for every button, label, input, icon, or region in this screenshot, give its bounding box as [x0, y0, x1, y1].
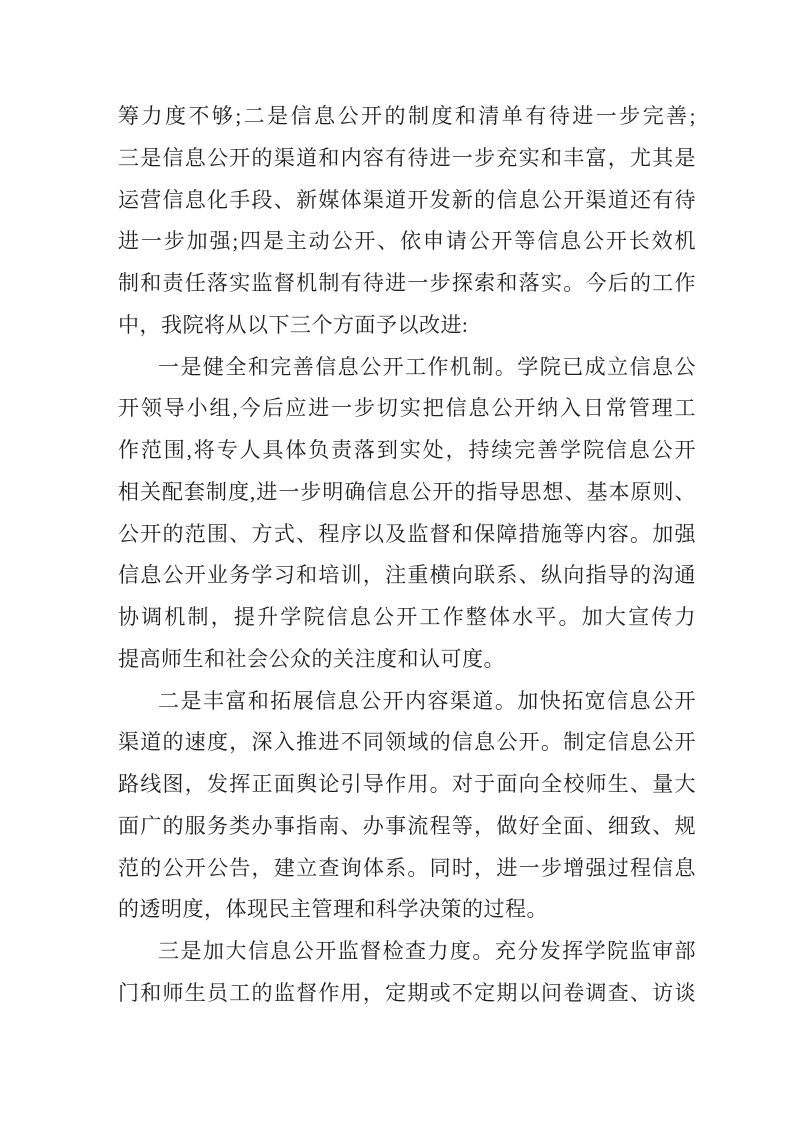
text-line: 二是丰富和拓展信息公开内容渠道。加快拓宽信息公开: [118, 681, 696, 723]
text-line: 信息公开业务学习和培训，注重横向联系、纵向指导的沟通: [118, 555, 696, 597]
text-line: 相关配套制度,进一步明确信息公开的指导思想、基本原则、: [118, 472, 696, 514]
paragraph: 二是丰富和拓展信息公开内容渠道。加快拓宽信息公开 渠道的速度，深入推进不同领域的…: [118, 681, 696, 932]
text-line: 协调机制，提升学院信息公开工作整体水平。加大宣传力度，: [118, 597, 696, 639]
text-line: 公开的范围、方式、程序以及监督和保障措施等内容。加强: [118, 514, 696, 556]
text-line: 面广的服务类办事指南、办事流程等，做好全面、细致、规: [118, 806, 696, 848]
document-page: 筹力度不够;二是信息公开的制度和清单有待进一步完善; 三是信息公开的渠道和内容有…: [0, 0, 793, 1122]
text-line: 进一步加强;四是主动公开、依申请公开等信息公开长效机: [118, 221, 696, 263]
text-line: 的透明度，体现民主管理和科学决策的过程。: [118, 889, 696, 931]
text-line: 门和师生员工的监督作用，定期或不定期以问卷调查、访谈: [118, 973, 696, 1015]
text-line: 范的公开公告，建立查询体系。同时，进一步增强过程信息: [118, 848, 696, 890]
text-line: 三是加大信息公开监督检查力度。充分发挥学院监审部: [118, 931, 696, 973]
text-line: 渠道的速度，深入推进不同领域的信息公开。制定信息公开: [118, 722, 696, 764]
paragraph: 筹力度不够;二是信息公开的制度和清单有待进一步完善; 三是信息公开的渠道和内容有…: [118, 96, 696, 347]
document-body: 筹力度不够;二是信息公开的制度和清单有待进一步完善; 三是信息公开的渠道和内容有…: [118, 96, 696, 1015]
text-line: 制和责任落实监督机制有待进一步探索和落实。今后的工作: [118, 263, 696, 305]
text-line: 三是信息公开的渠道和内容有待进一步充实和丰富，尤其是: [118, 138, 696, 180]
text-line: 提高师生和社会公众的关注度和认可度。: [118, 639, 696, 681]
text-line: 筹力度不够;二是信息公开的制度和清单有待进一步完善;: [118, 96, 696, 138]
paragraph: 三是加大信息公开监督检查力度。充分发挥学院监审部 门和师生员工的监督作用，定期或…: [118, 931, 696, 1015]
text-line: 作范围,将专人具体负责落到实处，持续完善学院信息公开: [118, 430, 696, 472]
text-line: 中，我院将从以下三个方面予以改进:: [118, 305, 696, 347]
text-line: 一是健全和完善信息公开工作机制。学院已成立信息公: [118, 347, 696, 389]
text-line: 运营信息化手段、新媒体渠道开发新的信息公开渠道还有待: [118, 180, 696, 222]
paragraph: 一是健全和完善信息公开工作机制。学院已成立信息公 开领导小组,今后应进一步切实把…: [118, 347, 696, 681]
text-line: 路线图，发挥正面舆论引导作用。对于面向全校师生、量大: [118, 764, 696, 806]
text-line: 开领导小组,今后应进一步切实把信息公开纳入日常管理工: [118, 388, 696, 430]
